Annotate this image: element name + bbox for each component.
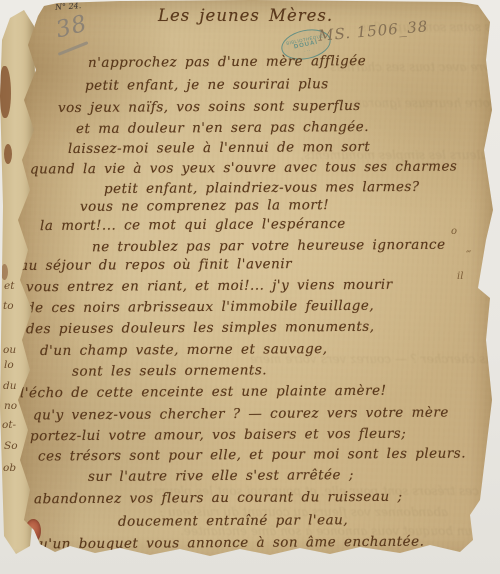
poem-line: de ces noirs arbrisseaux l'immobile feui…	[26, 298, 374, 316]
margin-fragment: ot-	[2, 419, 16, 431]
poem-line: ces trésors sont pour elle, et pour moi …	[38, 446, 466, 465]
poem-line: doucement entraîné par l'eau,	[118, 512, 348, 530]
margin-fragment: to	[3, 300, 14, 312]
poem-line: qu'y venez-vous chercher ? — courez vers…	[33, 405, 449, 424]
margin-fragment: ob	[3, 462, 16, 474]
poem-line: laissez-moi seule à l'ennui de mon sort	[68, 139, 370, 157]
manuscript-page: vos jeux naïfs, vos soins sont superflus…	[0, 0, 500, 574]
poem-line: sont les seuls ornements.	[72, 362, 267, 379]
margin-fragment: du	[3, 380, 16, 392]
poem-line: vous entrez en riant, et moi!... j'y vie…	[26, 277, 393, 296]
margin-fragment: et	[4, 280, 14, 292]
margin-fragment: no	[4, 400, 17, 412]
poem-line: sur l'autre rive elle s'est arrêtée ;	[88, 467, 354, 485]
pencil-underline	[58, 41, 89, 55]
margin-mark: ‴	[466, 250, 471, 261]
margin-fragment: lo	[4, 359, 14, 371]
scan-background: vos jeux naïfs, vos soins sont superflus…	[0, 0, 500, 574]
shelfmark-annotation: MS. 1506_38	[317, 17, 429, 45]
poem-line: n'approchez pas d'une mère affligée	[88, 53, 366, 71]
poem-line: ne troublez pas par votre heureuse ignor…	[92, 237, 446, 255]
poem-line: et ma douleur n'en sera pas changée.	[76, 119, 369, 137]
poem-line: au séjour du repos où finit l'avenir	[20, 256, 292, 274]
margin-fragment: So	[4, 440, 18, 452]
torn-edge-stain	[1, 264, 8, 280]
poem-line: portez-lui votre amour, vos baisers et v…	[30, 426, 406, 445]
poem-line: d'un champ vaste, morne et sauvage,	[40, 341, 328, 359]
poem-line: la mort!... ce mot qui glace l'espérance	[40, 216, 346, 234]
torn-edge-stain	[4, 144, 12, 164]
poem-line: vous ne comprenez pas la mort!	[80, 197, 329, 215]
margin-mark: il	[457, 271, 463, 282]
margin-mark: o	[451, 226, 457, 237]
poem-line: petit enfant, plaindriez-vous mes larmes…	[104, 179, 420, 197]
bleedthrough-line: ne troublez pas par votre heureuse ignor…	[340, 96, 500, 110]
poem-line: qu'un bouquet vous annonce à son âme enc…	[30, 534, 425, 553]
pencil-folio-number: 38	[53, 11, 90, 44]
poem-line: petit enfant, je ne sourirai plus	[85, 76, 329, 94]
torn-edge-stain	[0, 66, 11, 118]
poem-line: des pieuses douleurs les simples monumen…	[26, 319, 375, 337]
poem-line: quand la vie à vos yeux s'ouvre avec tou…	[30, 159, 457, 178]
stamp-text-bottom: · · ·	[304, 48, 311, 53]
poem-line: abandonnez vos fleurs au courant du ruis…	[34, 489, 403, 508]
margin-fragment: ou	[3, 344, 16, 356]
poem-title: Les jeunes Mères.	[158, 6, 333, 25]
poem-line: l'écho de cette enceinte est une plainte…	[20, 383, 387, 402]
inventory-number: N° 24.	[55, 1, 82, 12]
poem-line: vos jeux naïfs, vos soins sont superflus	[58, 98, 361, 116]
